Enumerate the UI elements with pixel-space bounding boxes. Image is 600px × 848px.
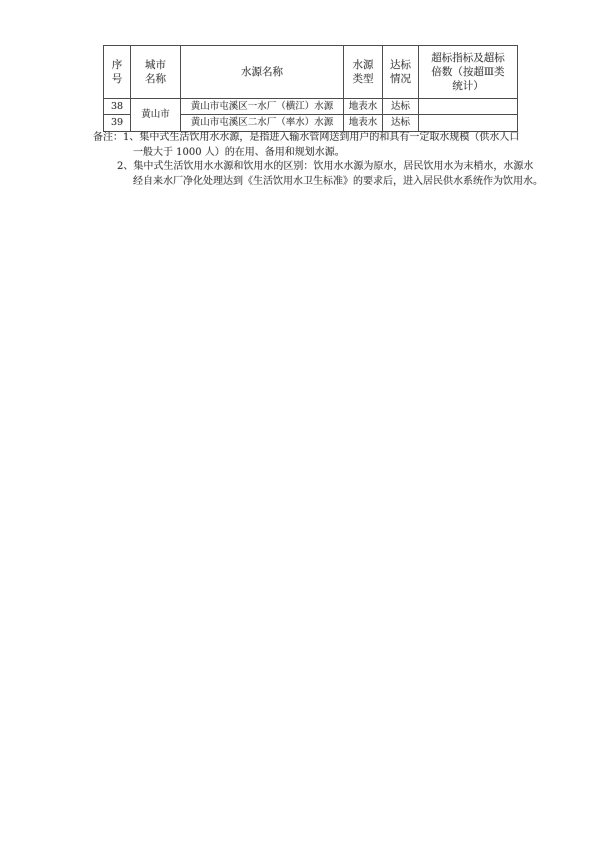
remark-line: 2、集中式生活饮用水水源和饮用水的区别：饮用水水源为原水，居民饮用水为末梢水，水… bbox=[93, 160, 533, 175]
table-header-no: 序 号 bbox=[104, 46, 131, 99]
remarks-block: 备注：1、集中式生活饮用水水源，是指进入输水管网送到用户的和具有一定取水规模（供… bbox=[93, 131, 533, 189]
table-header-row: 序 号 城市 名称 水源名称 水源 类型 达标 情况 超标指标及超标 倍数（按超… bbox=[104, 46, 518, 99]
cell-city: 黄山市 bbox=[131, 99, 181, 132]
table-row: 38 黄山市 黄山市屯溪区一水厂（横江）水源 地表水 达标 bbox=[104, 99, 518, 115]
table-header-exceed: 超标指标及超标 倍数（按超Ⅲ类 统计） bbox=[419, 46, 518, 99]
cell-source: 黄山市屯溪区一水厂（横江）水源 bbox=[181, 99, 344, 115]
table-header-status: 达标 情况 bbox=[383, 46, 419, 99]
cell-status: 达标 bbox=[383, 115, 419, 132]
table-header-source: 水源名称 bbox=[181, 46, 344, 99]
cell-no: 38 bbox=[104, 99, 131, 115]
table-header-city: 城市 名称 bbox=[131, 46, 181, 99]
remark-line: 经自来水厂净化处理达到《生活饮用水卫生标准》的要求后，进入居民供水系统作为饮用水… bbox=[93, 175, 533, 190]
water-source-table: 序 号 城市 名称 水源名称 水源 类型 达标 情况 超标指标及超标 倍数（按超… bbox=[103, 45, 518, 132]
remark-line: 一般大于 1000 人）的在用、备用和规划水源。 bbox=[93, 146, 533, 161]
cell-exceed bbox=[419, 99, 518, 115]
cell-type: 地表水 bbox=[344, 99, 383, 115]
table-header-type: 水源 类型 bbox=[344, 46, 383, 99]
cell-source: 黄山市屯溪区二水厂（率水）水源 bbox=[181, 115, 344, 132]
cell-no: 39 bbox=[104, 115, 131, 132]
document-page: 序 号 城市 名称 水源名称 水源 类型 达标 情况 超标指标及超标 倍数（按超… bbox=[0, 0, 600, 848]
remark-line: 备注：1、集中式生活饮用水水源，是指进入输水管网送到用户的和具有一定取水规模（供… bbox=[93, 131, 533, 146]
cell-type: 地表水 bbox=[344, 115, 383, 132]
cell-exceed bbox=[419, 115, 518, 132]
cell-status: 达标 bbox=[383, 99, 419, 115]
